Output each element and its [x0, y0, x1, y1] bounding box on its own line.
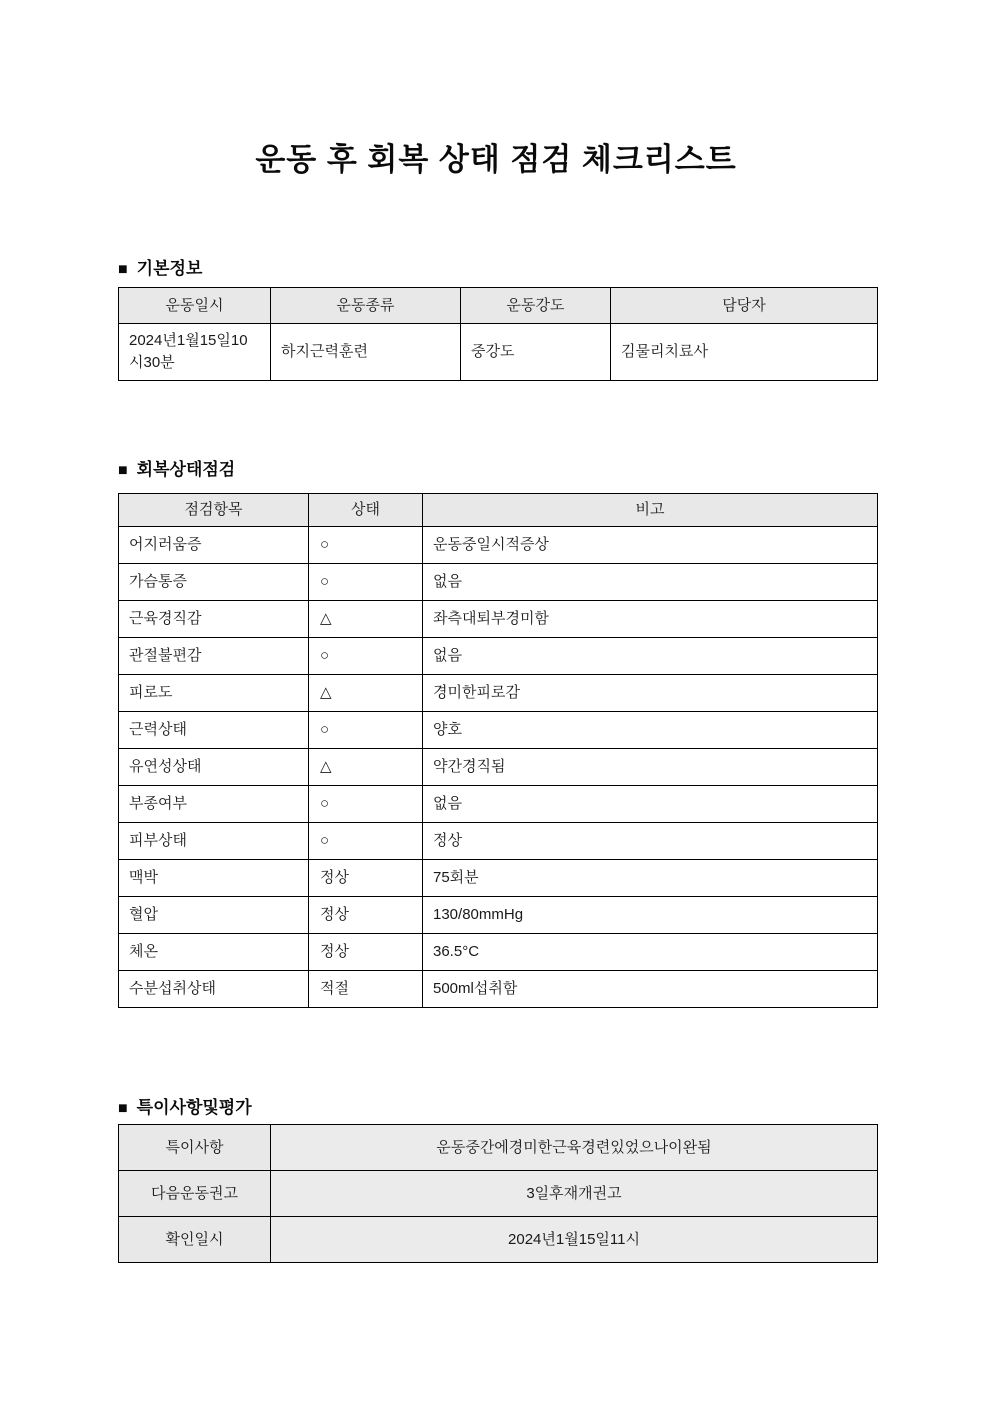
- table-row: 부종여부 ○ 없음: [119, 786, 878, 823]
- check-item-cell: 수분섭취상태: [119, 971, 309, 1008]
- cell-exercise-intensity: 중강도: [461, 324, 611, 381]
- table-row: 관절불편감 ○ 없음: [119, 638, 878, 675]
- label-next-exercise-recommendation: 다음운동권고: [119, 1171, 271, 1217]
- value-confirmation-datetime: 2024년1월15일11시: [271, 1217, 878, 1263]
- status-cell: △: [309, 675, 423, 712]
- table-row: 가슴통증 ○ 없음: [119, 564, 878, 601]
- note-cell: 130/80mmHg: [423, 897, 878, 934]
- status-cell: ○: [309, 786, 423, 823]
- check-item-cell: 피부상태: [119, 823, 309, 860]
- status-cell: ○: [309, 564, 423, 601]
- cell-exercise-type: 하지근력훈련: [271, 324, 461, 381]
- header-check-item: 점검항목: [119, 494, 309, 527]
- status-cell: △: [309, 749, 423, 786]
- table-header-row: 운동일시 운동종류 운동강도 담당자: [119, 288, 878, 324]
- status-cell: △: [309, 601, 423, 638]
- section-heading-notes-evaluation: ■특이사항및평가: [118, 1093, 252, 1118]
- status-cell: 적절: [309, 971, 423, 1008]
- check-item-cell: 피로도: [119, 675, 309, 712]
- note-cell: 정상: [423, 823, 878, 860]
- table-header-row: 점검항목 상태 비고: [119, 494, 878, 527]
- header-exercise-intensity: 운동강도: [461, 288, 611, 324]
- recovery-check-table: 점검항목 상태 비고 어지러움증 ○ 운동중일시적증상 가슴통증 ○ 없음 근육…: [118, 493, 878, 1008]
- check-item-cell: 근육경직감: [119, 601, 309, 638]
- status-cell: 정상: [309, 934, 423, 971]
- table-row: 근육경직감 △ 좌측대퇴부경미함: [119, 601, 878, 638]
- section-marker-icon: ■: [118, 1100, 128, 1117]
- note-cell: 운동중일시적증상: [423, 527, 878, 564]
- note-cell: 좌측대퇴부경미함: [423, 601, 878, 638]
- check-item-cell: 맥박: [119, 860, 309, 897]
- section-title: 기본정보: [137, 259, 203, 278]
- note-cell: 경미한피로감: [423, 675, 878, 712]
- check-item-cell: 혈압: [119, 897, 309, 934]
- value-special-notes: 운동중간에경미한근육경련있었으나이완됨: [271, 1125, 878, 1171]
- notes-evaluation-table: 특이사항 운동중간에경미한근육경련있었으나이완됨 다음운동권고 3일후재개권고 …: [118, 1124, 878, 1263]
- table-row: 특이사항 운동중간에경미한근육경련있었으나이완됨: [119, 1125, 878, 1171]
- cell-staff: 김물리치료사: [611, 324, 878, 381]
- section-heading-basic-info: ■기본정보: [118, 254, 202, 279]
- note-cell: 36.5°C: [423, 934, 878, 971]
- table-row: 혈압 정상 130/80mmHg: [119, 897, 878, 934]
- status-cell: ○: [309, 638, 423, 675]
- check-item-cell: 부종여부: [119, 786, 309, 823]
- section-title: 회복상태점검: [137, 460, 236, 479]
- check-item-cell: 어지러움증: [119, 527, 309, 564]
- note-cell: 500ml섭취함: [423, 971, 878, 1008]
- table-row: 피부상태 ○ 정상: [119, 823, 878, 860]
- check-item-cell: 관절불편감: [119, 638, 309, 675]
- check-item-cell: 유연성상태: [119, 749, 309, 786]
- table-row: 다음운동권고 3일후재개권고: [119, 1171, 878, 1217]
- status-cell: ○: [309, 823, 423, 860]
- label-confirmation-datetime: 확인일시: [119, 1217, 271, 1263]
- header-exercise-type: 운동종류: [271, 288, 461, 324]
- header-staff: 담당자: [611, 288, 878, 324]
- table-row: 유연성상태 △ 약간경직됨: [119, 749, 878, 786]
- header-exercise-datetime: 운동일시: [119, 288, 271, 324]
- check-item-cell: 가슴통증: [119, 564, 309, 601]
- section-marker-icon: ■: [118, 261, 128, 278]
- label-special-notes: 특이사항: [119, 1125, 271, 1171]
- note-cell: 양호: [423, 712, 878, 749]
- value-next-exercise-recommendation: 3일후재개권고: [271, 1171, 878, 1217]
- table-row: 2024년1월15일10시30분 하지근력훈련 중강도 김물리치료사: [119, 324, 878, 381]
- status-cell: 정상: [309, 860, 423, 897]
- document-title: 운동 후 회복 상태 점검 체크리스트: [0, 134, 992, 179]
- table-row: 근력상태 ○ 양호: [119, 712, 878, 749]
- check-item-cell: 근력상태: [119, 712, 309, 749]
- table-row: 피로도 △ 경미한피로감: [119, 675, 878, 712]
- table-row: 확인일시 2024년1월15일11시: [119, 1217, 878, 1263]
- header-note: 비고: [423, 494, 878, 527]
- note-cell: 약간경직됨: [423, 749, 878, 786]
- table-row: 맥박 정상 75회분: [119, 860, 878, 897]
- status-cell: ○: [309, 527, 423, 564]
- document-page: 운동 후 회복 상태 점검 체크리스트 ■기본정보 운동일시 운동종류 운동강도…: [0, 0, 992, 1403]
- note-cell: 없음: [423, 564, 878, 601]
- note-cell: 없음: [423, 638, 878, 675]
- table-row: 수분섭취상태 적절 500ml섭취함: [119, 971, 878, 1008]
- table-row: 체온 정상 36.5°C: [119, 934, 878, 971]
- section-marker-icon: ■: [118, 462, 128, 479]
- section-heading-recovery-check: ■회복상태점검: [118, 455, 235, 480]
- table-row: 어지러움증 ○ 운동중일시적증상: [119, 527, 878, 564]
- basic-info-table: 운동일시 운동종류 운동강도 담당자 2024년1월15일10시30분 하지근력…: [118, 287, 878, 381]
- status-cell: 정상: [309, 897, 423, 934]
- header-status: 상태: [309, 494, 423, 527]
- section-title: 특이사항및평가: [137, 1098, 252, 1117]
- status-cell: ○: [309, 712, 423, 749]
- cell-exercise-datetime: 2024년1월15일10시30분: [119, 324, 271, 381]
- note-cell: 75회분: [423, 860, 878, 897]
- note-cell: 없음: [423, 786, 878, 823]
- check-item-cell: 체온: [119, 934, 309, 971]
